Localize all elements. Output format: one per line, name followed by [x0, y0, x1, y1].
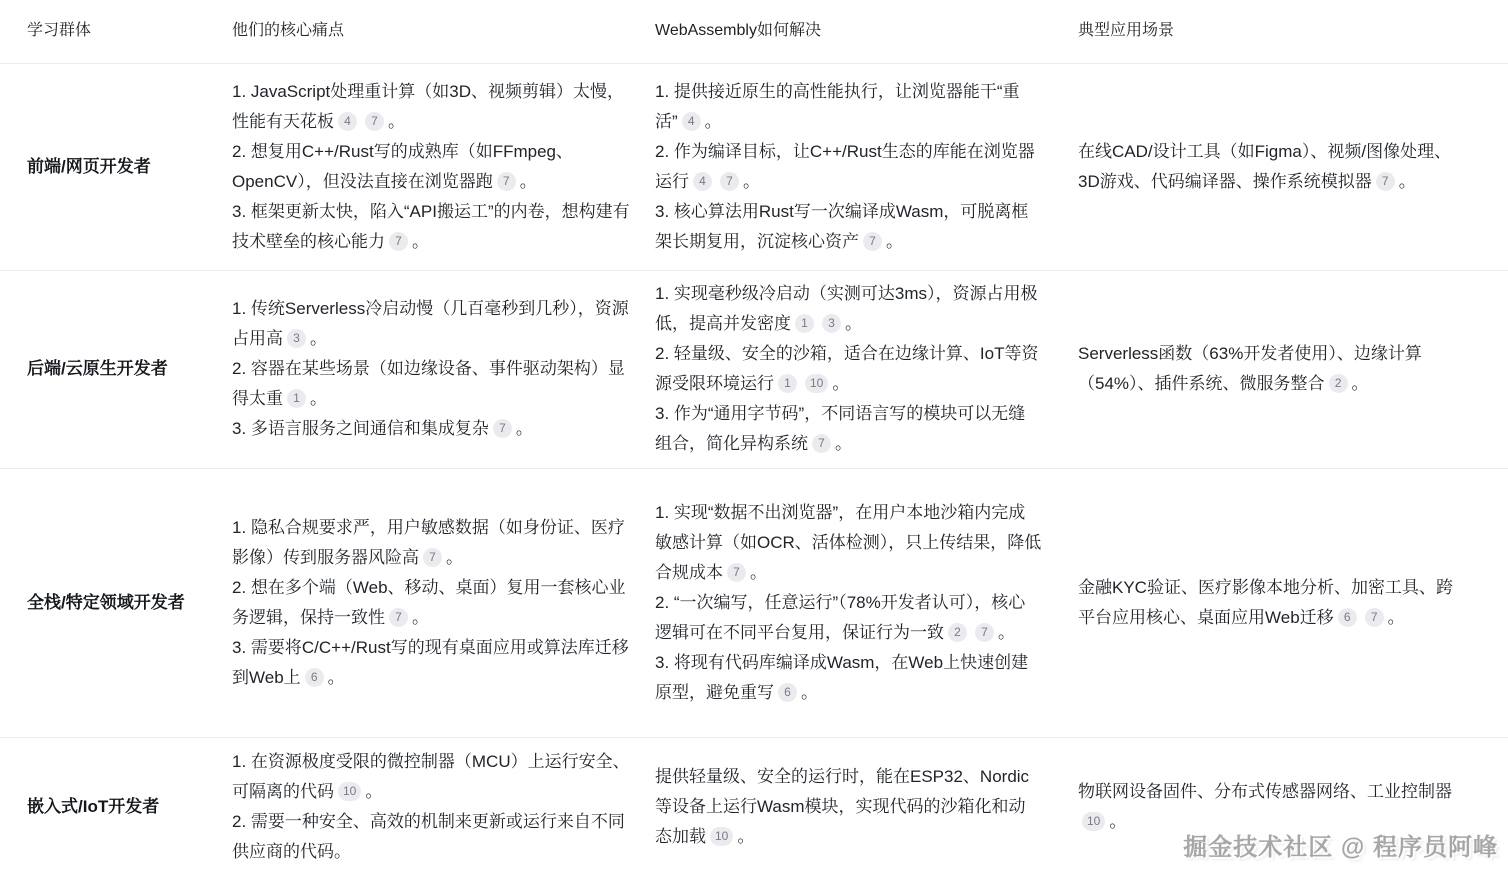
pain-points-cell: 1. JavaScript处理重计算（如3D、视频剪辑）太慢，性能有天花板47。…	[232, 63, 655, 270]
citation-badge[interactable]: 7	[493, 419, 512, 438]
solutions-cell: 1. 实现“数据不出浏览器”，在用户本地沙箱内完成敏感计算（如OCR、活体检测）…	[655, 468, 1078, 737]
pain-points-cell: 1. 传统Serverless冷启动慢（几百毫秒到几秒），资源占用高3。2. 容…	[232, 270, 655, 468]
cell-paragraph: 1. 实现“数据不出浏览器”，在用户本地沙箱内完成敏感计算（如OCR、活体检测）…	[655, 498, 1042, 588]
cell-paragraph: 3. 多语言服务之间通信和集成复杂7。	[232, 414, 639, 444]
citation-badge[interactable]: 4	[693, 172, 712, 191]
solutions-cell: 提供轻量级、安全的运行时，能在ESP32、Nordic等设备上运行Wasm模块，…	[655, 737, 1078, 876]
citation-badge[interactable]: 7	[863, 232, 882, 251]
citation-badge[interactable]: 7	[1365, 608, 1384, 627]
cell-paragraph: 1. 提供接近原生的高性能执行，让浏览器能干“重活”4。	[655, 77, 1042, 137]
citation-badge[interactable]: 4	[682, 112, 701, 131]
citation-badge[interactable]: 3	[287, 329, 306, 348]
citation-badge[interactable]: 6	[305, 668, 324, 687]
cell-paragraph: 3. 框架更新太快，陷入“API搬运工”的内卷，想构建有技术壁垒的核心能力7。	[232, 197, 639, 257]
webassembly-audience-table: 学习群体 他们的核心痛点 WebAssembly如何解决 典型应用场景 前端/网…	[0, 0, 1508, 876]
cell-paragraph: 2. “一次编写，任意运行”（78%开发者认可），核心逻辑可在不同平台复用，保证…	[655, 588, 1042, 648]
solutions-cell: 1. 提供接近原生的高性能执行，让浏览器能干“重活”4。2. 作为编译目标，让C…	[655, 63, 1078, 270]
row-group-label: 全栈/特定领域开发者	[0, 468, 232, 737]
citation-badge[interactable]: 7	[423, 548, 442, 567]
citation-badge[interactable]: 7	[389, 232, 408, 251]
cell-paragraph: 提供轻量级、安全的运行时，能在ESP32、Nordic等设备上运行Wasm模块，…	[655, 762, 1042, 852]
citation-badge[interactable]: 7	[975, 623, 994, 642]
cell-paragraph: 物联网设备固件、分布式传感器网络、工业控制器10。	[1078, 777, 1462, 837]
citation-badge[interactable]: 2	[948, 623, 967, 642]
table-row: 嵌入式/IoT开发者 1. 在资源极度受限的微控制器（MCU）上运行安全、可隔离…	[0, 737, 1508, 876]
citation-badge[interactable]: 7	[720, 172, 739, 191]
table-header-row: 学习群体 他们的核心痛点 WebAssembly如何解决 典型应用场景	[0, 0, 1508, 63]
cell-paragraph: 1. 在资源极度受限的微控制器（MCU）上运行安全、可隔离的代码10。	[232, 747, 639, 807]
pain-points-cell: 1. 在资源极度受限的微控制器（MCU）上运行安全、可隔离的代码10。2. 需要…	[232, 737, 655, 876]
cell-paragraph: 1. 实现毫秒级冷启动（实测可达3ms），资源占用极低，提高并发密度13。	[655, 279, 1042, 339]
citation-badge[interactable]: 1	[795, 314, 814, 333]
cell-paragraph: 1. 隐私合规要求严，用户敏感数据（如身份证、医疗影像）传到服务器风险高7。	[232, 513, 639, 573]
table-row: 后端/云原生开发者 1. 传统Serverless冷启动慢（几百毫秒到几秒），资…	[0, 270, 1508, 468]
cell-paragraph: 2. 作为编译目标，让C++/Rust生态的库能在浏览器运行47。	[655, 137, 1042, 197]
cell-paragraph: 2. 容器在某些场景（如边缘设备、事件驱动架构）显得太重1。	[232, 354, 639, 414]
citation-badge[interactable]: 3	[822, 314, 841, 333]
citation-badge[interactable]: 10	[805, 374, 828, 393]
solutions-cell: 1. 实现毫秒级冷启动（实测可达3ms），资源占用极低，提高并发密度13。2. …	[655, 270, 1078, 468]
scenarios-cell: 在线CAD/设计工具（如Figma）、视频/图像处理、3D游戏、代码编译器、操作…	[1078, 63, 1508, 270]
cell-paragraph: 1. JavaScript处理重计算（如3D、视频剪辑）太慢，性能有天花板47。	[232, 77, 639, 137]
citation-badge[interactable]: 7	[727, 563, 746, 582]
cell-paragraph: 金融KYC验证、医疗影像本地分析、加密工具、跨平台应用核心、桌面应用Web迁移6…	[1078, 573, 1462, 633]
citation-badge[interactable]: 10	[338, 782, 361, 801]
citation-badge[interactable]: 7	[389, 608, 408, 627]
citation-badge[interactable]: 7	[1376, 172, 1395, 191]
citation-badge[interactable]: 1	[287, 389, 306, 408]
citation-badge[interactable]: 6	[778, 683, 797, 702]
cell-paragraph: 2. 轻量级、安全的沙箱，适合在边缘计算、IoT等资源受限环境运行110。	[655, 339, 1042, 399]
citation-badge[interactable]: 2	[1329, 374, 1348, 393]
citation-badge[interactable]: 1	[778, 374, 797, 393]
row-group-label: 前端/网页开发者	[0, 63, 232, 270]
citation-badge[interactable]: 10	[710, 827, 733, 846]
citation-badge[interactable]: 6	[1338, 608, 1357, 627]
cell-paragraph: 3. 作为“通用字节码”，不同语言写的模块可以无缝组合，简化异构系统7。	[655, 399, 1042, 459]
cell-paragraph: 在线CAD/设计工具（如Figma）、视频/图像处理、3D游戏、代码编译器、操作…	[1078, 137, 1462, 197]
pain-points-cell: 1. 隐私合规要求严，用户敏感数据（如身份证、医疗影像）传到服务器风险高7。2.…	[232, 468, 655, 737]
citation-badge[interactable]: 7	[365, 112, 384, 131]
citation-badge[interactable]: 7	[497, 172, 516, 191]
citation-badge[interactable]: 10	[1082, 812, 1105, 831]
row-group-label: 后端/云原生开发者	[0, 270, 232, 468]
citation-badge[interactable]: 7	[812, 434, 831, 453]
table-row: 前端/网页开发者 1. JavaScript处理重计算（如3D、视频剪辑）太慢，…	[0, 63, 1508, 270]
cell-paragraph: 3. 需要将C/C++/Rust写的现有桌面应用或算法库迁移到Web上6。	[232, 633, 639, 693]
cell-paragraph: 3. 将现有代码库编译成Wasm，在Web上快速创建原型，避免重写6。	[655, 648, 1042, 708]
scenarios-cell: 金融KYC验证、医疗影像本地分析、加密工具、跨平台应用核心、桌面应用Web迁移6…	[1078, 468, 1508, 737]
row-group-label: 嵌入式/IoT开发者	[0, 737, 232, 876]
cell-paragraph: 2. 想复用C++/Rust写的成熟库（如FFmpeg、OpenCV），但没法直…	[232, 137, 639, 197]
table-row: 全栈/特定领域开发者 1. 隐私合规要求严，用户敏感数据（如身份证、医疗影像）传…	[0, 468, 1508, 737]
column-header-group: 学习群体	[0, 0, 232, 63]
column-header-scenarios: 典型应用场景	[1078, 0, 1508, 63]
scenarios-cell: 物联网设备固件、分布式传感器网络、工业控制器10。	[1078, 737, 1508, 876]
cell-paragraph: Serverless函数（63%开发者使用）、边缘计算（54%）、插件系统、微服…	[1078, 339, 1462, 399]
column-header-solutions: WebAssembly如何解决	[655, 0, 1078, 63]
cell-paragraph: 2. 想在多个端（Web、移动、桌面）复用一套核心业务逻辑，保持一致性7。	[232, 573, 639, 633]
cell-paragraph: 3. 核心算法用Rust写一次编译成Wasm，可脱离框架长期复用，沉淀核心资产7…	[655, 197, 1042, 257]
cell-paragraph: 1. 传统Serverless冷启动慢（几百毫秒到几秒），资源占用高3。	[232, 294, 639, 354]
cell-paragraph: 2. 需要一种安全、高效的机制来更新或运行来自不同供应商的代码。	[232, 807, 639, 867]
scenarios-cell: Serverless函数（63%开发者使用）、边缘计算（54%）、插件系统、微服…	[1078, 270, 1508, 468]
citation-badge[interactable]: 4	[338, 112, 357, 131]
column-header-pain-points: 他们的核心痛点	[232, 0, 655, 63]
